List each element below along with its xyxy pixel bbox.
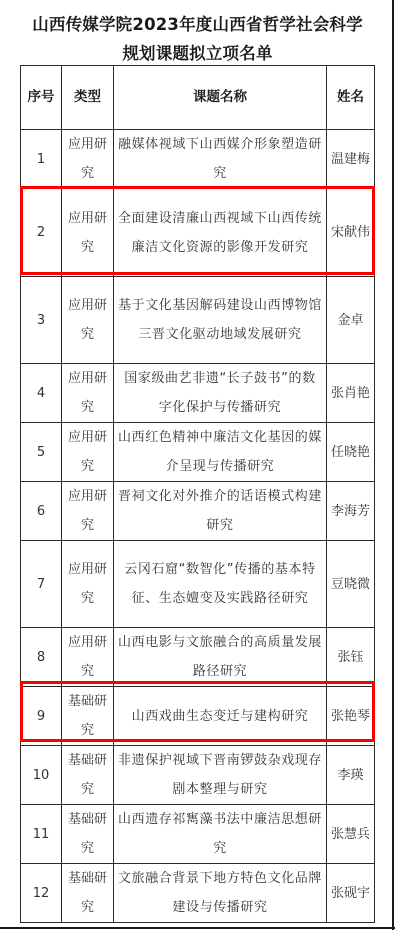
row-type: 应用研究 xyxy=(62,628,114,687)
table-row: 2 应用研究 全面建设清廉山西视域下山西传统廉洁文化资源的影像开发研究 宋献伟 xyxy=(21,189,375,277)
row-type: 应用研究 xyxy=(62,482,114,541)
row-project-title: 文旅融合背景下地方特色文化品牌建设与传播研究 xyxy=(114,864,327,923)
row-type: 应用研究 xyxy=(62,541,114,628)
row-type: 基础研究 xyxy=(62,687,114,746)
table-row: 8 应用研究 山西电影与文旅融合的高质量发展路径研究 张钰 xyxy=(21,628,375,687)
row-name: 张砚宇 xyxy=(327,864,375,923)
table-row: 6 应用研究 晋祠文化对外推介的话语模式构建研究 李海芳 xyxy=(21,482,375,541)
row-name: 李海芳 xyxy=(327,482,375,541)
row-project-title: 国家级曲艺非遗“长子鼓书”的数字化保护与传播研究 xyxy=(114,364,327,423)
row-name: 张艳琴 xyxy=(327,687,375,746)
row-project-title: 山西遗存祁寯藻书法中廉洁思想研究 xyxy=(114,805,327,864)
row-type: 应用研究 xyxy=(62,189,114,277)
document-title-line-2: 规划课题拟立项名单 xyxy=(0,40,395,64)
row-project-title: 云冈石窟“数智化”传播的基本特征、生态嬗变及实践路径研究 xyxy=(114,541,327,628)
row-project-title: 非遗保护视域下晋南锣鼓杂戏现存剧本整理与研究 xyxy=(114,746,327,805)
project-list-table: 序号 类型 课题名称 姓名 1 应用研究 融媒体视域下山西媒介形象塑造研究 温建… xyxy=(20,65,375,923)
row-name: 宋献伟 xyxy=(327,189,375,277)
row-type: 应用研究 xyxy=(62,364,114,423)
image-frame-bottom-edge xyxy=(0,927,395,929)
header-project-title: 课题名称 xyxy=(114,66,327,130)
row-type: 应用研究 xyxy=(62,277,114,364)
row-serial-number: 3 xyxy=(21,277,62,364)
row-project-title: 山西戏曲生态变迁与建构研究 xyxy=(114,687,327,746)
row-serial-number: 4 xyxy=(21,364,62,423)
row-serial-number: 8 xyxy=(21,628,62,687)
row-project-title: 基于文化基因解码建设山西博物馆三晋文化驱动地域发展研究 xyxy=(114,277,327,364)
row-project-title: 融媒体视域下山西媒介形象塑造研究 xyxy=(114,130,327,189)
table-row: 3 应用研究 基于文化基因解码建设山西博物馆三晋文化驱动地域发展研究 金卓 xyxy=(21,277,375,364)
row-name: 金卓 xyxy=(327,277,375,364)
row-project-title: 晋祠文化对外推介的话语模式构建研究 xyxy=(114,482,327,541)
row-project-title: 山西电影与文旅融合的高质量发展路径研究 xyxy=(114,628,327,687)
row-type: 应用研究 xyxy=(62,423,114,482)
row-project-title: 全面建设清廉山西视域下山西传统廉洁文化资源的影像开发研究 xyxy=(114,189,327,277)
row-name: 李瑛 xyxy=(327,746,375,805)
header-name: 姓名 xyxy=(327,66,375,130)
row-name: 张钰 xyxy=(327,628,375,687)
row-name: 豆晓微 xyxy=(327,541,375,628)
row-serial-number: 2 xyxy=(21,189,62,277)
document-title-line-1: 山西传媒学院2023年度山西省哲学社会科学 xyxy=(0,11,395,35)
table-row: 4 应用研究 国家级曲艺非遗“长子鼓书”的数字化保护与传播研究 张肖艳 xyxy=(21,364,375,423)
row-serial-number: 6 xyxy=(21,482,62,541)
row-serial-number: 11 xyxy=(21,805,62,864)
table-row: 11 基础研究 山西遗存祁寯藻书法中廉洁思想研究 张慧兵 xyxy=(21,805,375,864)
table-row: 1 应用研究 融媒体视域下山西媒介形象塑造研究 温建梅 xyxy=(21,130,375,189)
table-row: 12 基础研究 文旅融合背景下地方特色文化品牌建设与传播研究 张砚宇 xyxy=(21,864,375,923)
row-type: 应用研究 xyxy=(62,130,114,189)
row-type: 基础研究 xyxy=(62,746,114,805)
row-serial-number: 12 xyxy=(21,864,62,923)
header-type: 类型 xyxy=(62,66,114,130)
row-serial-number: 1 xyxy=(21,130,62,189)
row-serial-number: 9 xyxy=(21,687,62,746)
row-name: 温建梅 xyxy=(327,130,375,189)
table-row: 10 基础研究 非遗保护视域下晋南锣鼓杂戏现存剧本整理与研究 李瑛 xyxy=(21,746,375,805)
image-frame-right-edge xyxy=(392,0,394,930)
table-row: 5 应用研究 山西红色精神中廉洁文化基因的媒介呈现与传播研究 任晓艳 xyxy=(21,423,375,482)
row-name: 张慧兵 xyxy=(327,805,375,864)
header-serial-number: 序号 xyxy=(21,66,62,130)
row-type: 基础研究 xyxy=(62,864,114,923)
table-header-row: 序号 类型 课题名称 姓名 xyxy=(21,66,375,130)
table-row: 7 应用研究 云冈石窟“数智化”传播的基本特征、生态嬗变及实践路径研究 豆晓微 xyxy=(21,541,375,628)
row-serial-number: 10 xyxy=(21,746,62,805)
table-row: 9 基础研究 山西戏曲生态变迁与建构研究 张艳琴 xyxy=(21,687,375,746)
row-project-title: 山西红色精神中廉洁文化基因的媒介呈现与传播研究 xyxy=(114,423,327,482)
row-name: 张肖艳 xyxy=(327,364,375,423)
row-type: 基础研究 xyxy=(62,805,114,864)
row-serial-number: 7 xyxy=(21,541,62,628)
row-serial-number: 5 xyxy=(21,423,62,482)
row-name: 任晓艳 xyxy=(327,423,375,482)
